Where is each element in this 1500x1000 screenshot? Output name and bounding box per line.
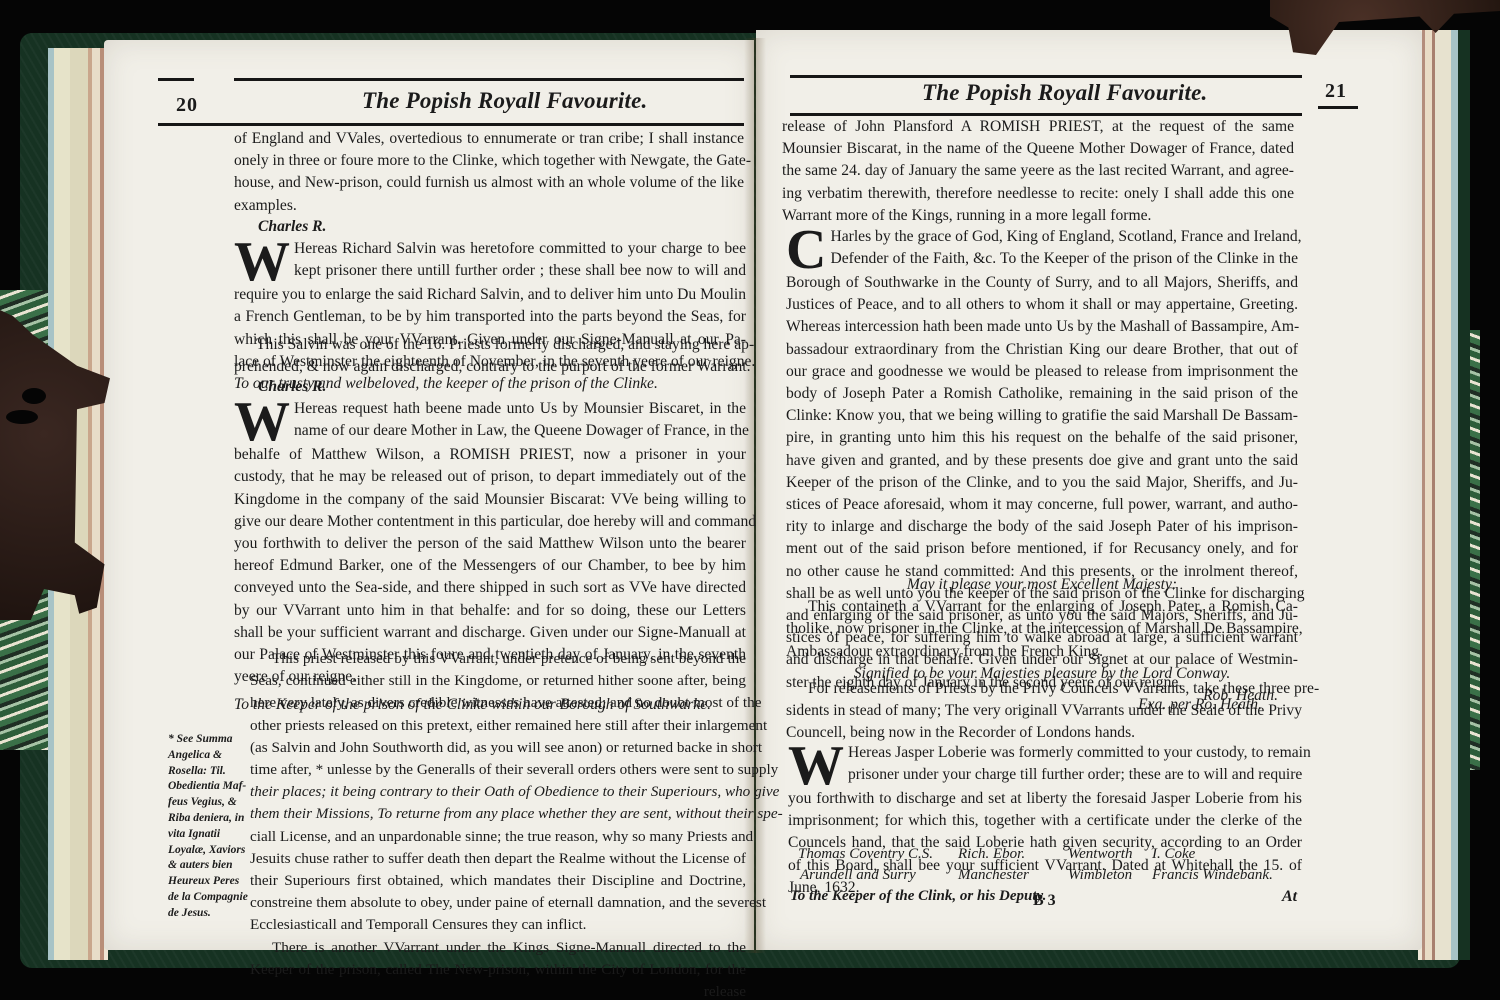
- paragraph-priest: This priest released by this VVarrant, u…: [250, 648, 746, 1000]
- note-line: de la Compagnie: [168, 890, 248, 906]
- running-title-left: The Popish Royall Favourite.: [362, 88, 647, 114]
- text-line: ing verbatim therewith, therefore needle…: [782, 183, 1294, 205]
- text-line: kept prisoner there untill further order…: [234, 260, 746, 282]
- text-line: ciall License, and an unpardonable sinne…: [250, 826, 746, 848]
- note-line: de Jesus.: [168, 906, 248, 922]
- text-line: pire, in granting unto him this his requ…: [786, 427, 1298, 449]
- text-line: you forthwith to discharge and set at li…: [788, 788, 1302, 810]
- petition-heading: May it please your most Excellent Majest…: [786, 574, 1298, 596]
- drop-cap: W: [234, 398, 290, 444]
- catchword: At: [1282, 888, 1297, 906]
- signatory: Thomas Coventry C.S.: [798, 844, 933, 865]
- note-line: Obedientia Maf-: [168, 779, 248, 795]
- signatory: Arundell and Surry: [800, 865, 916, 886]
- warrant-address: To the Keeper of the Clink, or his Deput…: [790, 886, 1046, 907]
- text-line: prisoner under your charge till further …: [788, 764, 1302, 786]
- text-line: Keeper of the prison, called The New-pri…: [250, 959, 746, 981]
- text-line: time after, * unlesse by the Generalls o…: [250, 759, 746, 781]
- text-line: Whereas intercession hath been made unto…: [786, 316, 1298, 338]
- text-line: Jesuits chuse rather to suffer death the…: [250, 848, 746, 870]
- text-line: Warrant more of the Kings, running in a …: [782, 205, 1294, 227]
- note-line: Angelica &: [168, 748, 248, 764]
- text-line: body of Joseph Pater a Romish Catholike,…: [786, 383, 1298, 405]
- text-line: other priests released on this pretext, …: [250, 715, 746, 737]
- warrant-heading: Charles R.: [234, 216, 746, 238]
- text-line: examples.: [234, 195, 744, 217]
- text-line: by our VVarrant unto him in that behalfe…: [234, 600, 746, 622]
- signatory: Wimbleton: [1068, 865, 1132, 886]
- text-line: Defender of the Faith, &c. To the Keeper…: [786, 248, 1298, 270]
- signatory: Wentworth: [1068, 844, 1132, 865]
- text-line: shall be your sufficient warrant and dis…: [234, 622, 746, 644]
- text-line: Keeper of the prison of the Clinke, and …: [786, 472, 1298, 494]
- header-rule: [1318, 106, 1358, 109]
- text-line: Kingdome in the company of the said Moun…: [234, 489, 746, 511]
- text-line: tholike, now prisoner in the Clinke, at …: [786, 618, 1298, 640]
- text-line: stices of Peace aforesaid, whom it may c…: [786, 494, 1298, 516]
- clip-hole: [22, 388, 46, 404]
- note-line: * See Summa: [168, 732, 248, 748]
- text-line: custody, that he may be released out of …: [234, 466, 746, 488]
- note-line: vita Ignatii: [168, 827, 248, 843]
- signatory: Manchester: [958, 865, 1029, 886]
- paragraph-privy-council: For releasements of Priests by the Privy…: [786, 678, 1302, 745]
- note-line: Loyalæ, Xaviors: [168, 843, 248, 859]
- text-line: Justices of Peace, and to all others to …: [786, 294, 1298, 316]
- marginal-note: * See Summa Angelica & Rosella: Til. Obe…: [168, 732, 248, 922]
- drop-cap: W: [788, 742, 844, 788]
- text-line: ment out of the said prison before menti…: [786, 538, 1298, 560]
- text-line: them their Missions, To returne from any…: [250, 803, 746, 825]
- text-line: Hereas Richard Salvin was heretofore com…: [234, 238, 746, 260]
- signature-mark: B 3: [1033, 892, 1056, 910]
- text-line: For releasements of Priests by the Privy…: [786, 678, 1302, 700]
- text-line: a French Gentleman, to be by him transpo…: [234, 306, 746, 328]
- text-line: here very lately, as divers credible wit…: [250, 692, 746, 714]
- text-line: Ambassadour extraordinary from the Frenc…: [786, 641, 1298, 663]
- text-line: constreine them absolute to obey, under …: [250, 892, 746, 914]
- page-stack-right: [1418, 30, 1470, 960]
- signatory: Rich. Ebor.: [958, 844, 1025, 865]
- text-line: Seas, continued either still in the King…: [250, 670, 746, 692]
- text-line: you forthwith to deliver the person of t…: [234, 533, 746, 555]
- text-line: Mounsier Biscarat, in the name of the Qu…: [782, 138, 1294, 160]
- text-line: Borough of Southwarke in the County of S…: [786, 272, 1298, 294]
- text-line: (as Salvin and John Southworth did, as y…: [250, 737, 746, 759]
- drop-cap: C: [786, 226, 826, 272]
- text-line: release of John Plansford A ROMISH PRIES…: [782, 116, 1294, 138]
- clip-hole: [6, 410, 38, 424]
- text-line: the same 24. day of January the same yee…: [782, 160, 1294, 182]
- text-line: require you to enlarge the said Richard …: [234, 284, 746, 306]
- signatory: I. Coke: [1152, 844, 1195, 865]
- text-line: Clinke: Know you, that we being willing …: [786, 405, 1298, 427]
- note-line: Riba deniera, in: [168, 811, 248, 827]
- drop-cap: W: [234, 238, 290, 284]
- header-rule: [790, 75, 1302, 78]
- text-line: Hereas Jasper Loberie was formerly commi…: [788, 742, 1302, 764]
- text-line: This containeth a VVarrant for the enlar…: [786, 596, 1298, 618]
- page-number-left: 20: [176, 94, 198, 117]
- text-line: onely in three or foure more to the Clin…: [234, 150, 744, 172]
- page-number-right: 21: [1325, 80, 1347, 103]
- text-line: of England and VVales, overtedious to en…: [234, 128, 744, 150]
- text-line: Harles by the grace of God, King of Engl…: [786, 226, 1298, 248]
- text-line: hereof Edmund Barker, one of the Messeng…: [234, 555, 746, 577]
- signatory: Francis Windebank.: [1152, 865, 1273, 886]
- text-line: conveyed unto the Sea-side, and there sh…: [234, 577, 746, 599]
- header-rule: [234, 78, 744, 81]
- warrant-heading: Charles R.: [234, 376, 746, 398]
- text-line: behalfe of Matthew Wilson, a ROMISH PRIE…: [234, 444, 746, 466]
- running-title-right: The Popish Royall Favourite.: [922, 80, 1207, 106]
- text-line: house, and New-prison, could furnish us …: [234, 172, 744, 194]
- text-line: their Superiours first obtained, which m…: [250, 870, 746, 892]
- text-line: This priest released by this VVarrant, u…: [250, 648, 746, 670]
- text-line: imprisonment; for which this, together w…: [788, 810, 1302, 832]
- text-line: name of our deare Mother in Law, the Que…: [234, 420, 746, 442]
- note-line: feus Vegius, &: [168, 795, 248, 811]
- left-intro-paragraph: of England and VVales, overtedious to en…: [234, 128, 744, 217]
- text-line: Hereas request hath beene made unto Us b…: [234, 398, 746, 420]
- text-line: This Salvin was one of the 16. Priests f…: [234, 334, 746, 356]
- header-rule: [158, 78, 194, 81]
- text-line: rity to inlarge and discharge the body o…: [786, 516, 1298, 538]
- text-line: bassadour extraordinary from the Christi…: [786, 339, 1298, 361]
- text-line: There is another VVarrant under the King…: [250, 937, 746, 959]
- text-line: their places; it being contrary to their…: [250, 781, 746, 803]
- text-line: sidents in stead of many; The very origi…: [786, 700, 1302, 722]
- note-line: & auters bien: [168, 858, 248, 874]
- paragraph-salvin: This Salvin was one of the 16. Priests f…: [234, 334, 746, 378]
- header-rule: [158, 123, 744, 126]
- catchword: release: [250, 981, 746, 1000]
- text-line: have given and granted, and by these pre…: [786, 450, 1298, 472]
- note-line: Heureux Peres: [168, 874, 248, 890]
- text-line: our grace and goodnesse we would be plea…: [786, 361, 1298, 383]
- text-line: Ecclesiasticall and Temporall Censures t…: [250, 914, 746, 936]
- text-line: give our deare Mother contentment in thi…: [234, 511, 746, 533]
- note-line: Rosella: Til.: [168, 764, 248, 780]
- right-intro-paragraph: release of John Plansford A ROMISH PRIES…: [782, 116, 1294, 227]
